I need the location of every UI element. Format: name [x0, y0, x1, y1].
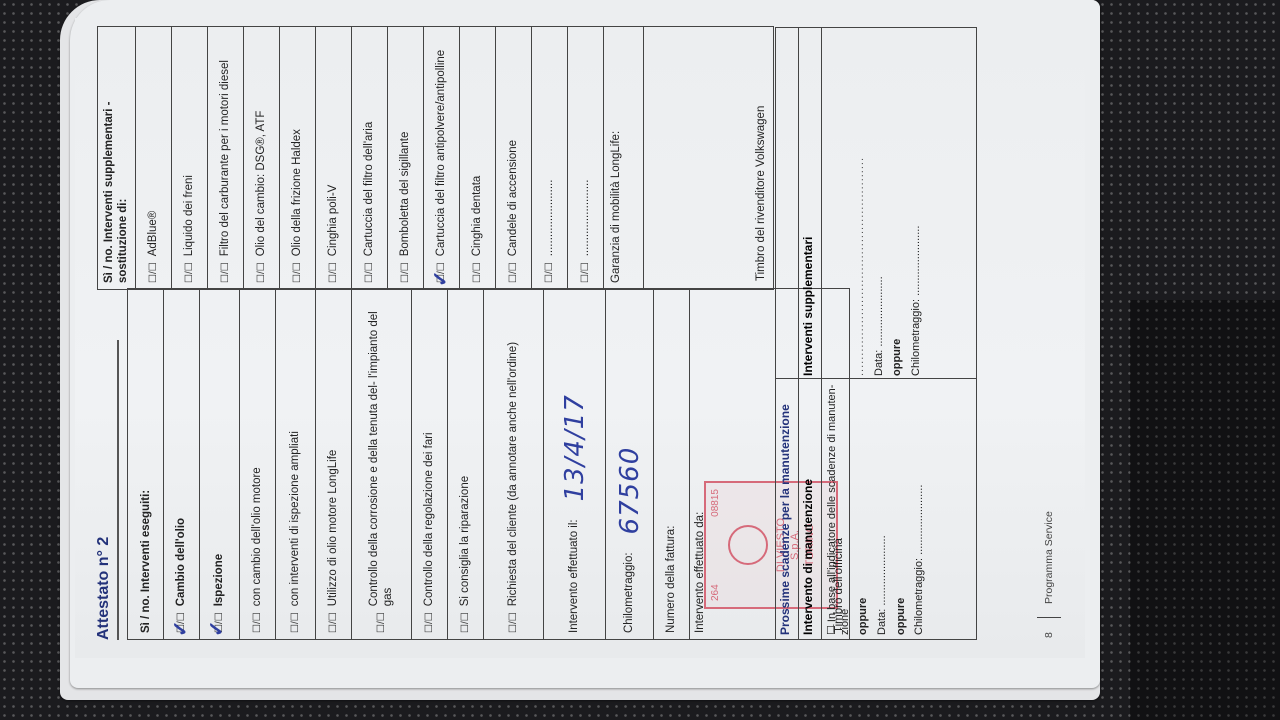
indicator-option-checkbox[interactable]: ☐ In base all'indicatore delle scadenze … [822, 379, 853, 639]
checklist-row: ☐/☐Cartuccia del filtro antipolvere/anti… [424, 27, 460, 289]
yes-no-checkbox[interactable]: ☐/☐ [148, 262, 159, 283]
yes-no-checkbox[interactable]: ☐/☐ [400, 262, 411, 283]
checklist-row: ☐/☐AdBlue® [136, 27, 172, 289]
mileage-label: Chilometraggio: [623, 552, 636, 633]
yes-no-checkbox[interactable]: ☐/☐ [290, 612, 301, 633]
checklist-label: AdBlue® [147, 211, 160, 257]
checklist-row: ☐/☐Candele di accensione [496, 27, 532, 289]
or-label: oppure [853, 379, 872, 639]
checklist-label: Controllo della regolazione dei fari [423, 432, 436, 606]
checklist-label: Cinghia poli-V [327, 185, 340, 257]
service-date-value[interactable]: 13/4/17 [560, 394, 590, 501]
yes-no-checkbox[interactable]: ☐/☐ [544, 262, 555, 283]
checklist-row: ☐/☐Olio del cambio: DSG®, ATF [244, 27, 280, 289]
or-label: oppure [887, 28, 906, 380]
supplementary-spacer [776, 28, 799, 380]
checklist-row: ☐/☐Bomboletta del sigillante [388, 27, 424, 289]
checklist-label: Olio della frizione Haldex [291, 129, 304, 256]
or-label: oppure [891, 379, 910, 639]
dealer-stamp-label: Timbro del rivenditore Volkswagen [755, 106, 767, 281]
yes-no-checkbox[interactable]: ☐/☐ [460, 612, 471, 633]
checklist-row: ☐/☐Filtro del carburante per i motori di… [208, 27, 244, 289]
checklist-label: ........................ [543, 180, 556, 257]
checklist-row: ☐/☐Controllo della corrosione e della te… [352, 289, 412, 639]
yes-no-checkbox[interactable]: ☐/☐ [220, 262, 231, 283]
maintenance-mileage-field[interactable]: Chilometraggio: ....................... [909, 379, 928, 639]
checklist-label: Cartuccia del filtro dell'aria [363, 122, 376, 257]
next-maintenance-section: Prossime scadenze per la manutenzione In… [775, 28, 975, 640]
checkmark-icon: ✓ [204, 620, 229, 637]
performed-services-header: Sì / no. Interventi eseguiti: [128, 289, 164, 639]
checklist-row: ☐/☐Utilizzo di olio motore LongLife [316, 289, 352, 639]
page-footer: 8 Programma Service [1033, 18, 1073, 658]
checklist-row: ☐/☐Cartuccia del filtro dell'aria [352, 27, 388, 289]
performed-services-table: Sì / no. Interventi eseguiti: ☐/☐Cambio … [127, 288, 850, 640]
yes-no-checkbox[interactable]: ☐/☐ [508, 612, 519, 633]
checklist-label: Cartuccia del filtro antipolvere/antipol… [435, 50, 448, 256]
checkmark-icon: ✓ [168, 620, 193, 637]
checklist-row: ☐/☐Si consiglia la riparazione [448, 289, 484, 639]
checklist-label: Cinghia dentata [471, 176, 484, 257]
page-number: 8 [1043, 632, 1055, 638]
vw-logo-icon [728, 525, 768, 565]
title-rule [117, 340, 119, 640]
checklist-row: ☐/☐Ispezione✓ [200, 289, 240, 639]
checklist-label: Utilizzo di olio motore LongLife [327, 450, 340, 607]
yes-no-checkbox[interactable]: ☐/☐ [328, 262, 339, 283]
checklist-label: ........................ [579, 180, 592, 257]
next-maintenance-title: Prossime scadenze per la manutenzione [776, 379, 799, 639]
supplementary-date-field[interactable]: Data: ....................... [869, 28, 888, 380]
checklist-label: con interventi di ispezione ampliati [289, 431, 302, 606]
supplementary-services-table: Sì / no. Interventi supplementari - sost… [97, 26, 774, 290]
yes-no-checkbox[interactable]: ☐/☐ [376, 612, 387, 633]
page-title: Attestato n° 2 [95, 537, 113, 640]
checklist-label: Ispezione [213, 554, 226, 606]
background-fabric-shadow [1130, 300, 1280, 720]
yes-no-checkbox[interactable]: ☐/☐ [184, 262, 195, 283]
checklist-label: Si consiglia la riparazione [459, 476, 472, 606]
supplementary-header: Interventi supplementari [799, 28, 822, 380]
footer-separator [1037, 617, 1061, 618]
yes-no-checkbox[interactable]: ☐/☐ [292, 262, 303, 283]
checklist-label: Olio del cambio: DSG®, ATF [255, 111, 268, 257]
checklist-row: ☐/☐Cinghia dentata [460, 27, 496, 289]
service-booklet-page: Attestato n° 2 Sì / no. Interventi esegu… [75, 18, 1085, 658]
yes-no-checkbox[interactable]: ☐/☐ [252, 612, 263, 633]
service-date-row: Intervento effettuato il: 13/4/17 [544, 289, 606, 639]
supplementary-mileage-field[interactable]: Chilometraggio: ....................... [906, 28, 925, 380]
supplementary-blank-field[interactable]: ........................................… [850, 28, 869, 380]
checklist-label: Controllo della corrosione e della tenut… [368, 295, 394, 606]
header-label: Sì / no. Interventi supplementari - sost… [103, 33, 129, 283]
invoice-row: Numero della fattura: [654, 289, 690, 639]
yes-no-checkbox[interactable]: ☐/☐ [424, 612, 435, 633]
yes-no-checkbox[interactable]: ☐/☐ [580, 262, 591, 283]
checkmark-icon: ✓ [428, 270, 453, 287]
stamp-code-left: 264 [710, 584, 721, 601]
checklist-label: Richiesta del cliente (da annotare anche… [507, 342, 520, 606]
checklist-label: Cambio dell'olio [175, 518, 188, 606]
checklist-row: ☐/☐........................ [568, 27, 604, 289]
supplementary-box: Interventi supplementari ...............… [775, 27, 977, 380]
yes-no-checkbox[interactable]: ☐/☐ [472, 262, 483, 283]
maintenance-header: Intervento di manutenzione [799, 379, 822, 639]
checklist-label: Candele di accensione [507, 140, 520, 256]
yes-no-checkbox[interactable]: ☐/☐ [508, 262, 519, 283]
checklist-row: ☐/☐con cambio dell'olio motore [240, 289, 276, 639]
maintenance-box: Prossime scadenze per la manutenzione In… [775, 378, 977, 640]
checklist-row: ☐/☐con interventi di ispezione ampliati [276, 289, 316, 639]
checklist-row: ☐/☐........................ [532, 27, 568, 289]
checklist-row: ☐/☐Cambio dell'olio✓ [164, 289, 200, 639]
checklist-row: ☐/☐Cinghia poli-V [316, 27, 352, 289]
checklist-label: Bomboletta del sigillante [399, 132, 412, 257]
yes-no-checkbox[interactable]: ☐/☐ [328, 612, 339, 633]
header-label: Sì / no. Interventi eseguiti: [140, 490, 152, 633]
stamp-code-right: 08815 [710, 489, 721, 517]
checklist-row: ☐/☐Olio della frizione Haldex [280, 27, 316, 289]
checklist-row: ☐/☐Controllo della regolazione dei fari [412, 289, 448, 639]
checklist-row: ☐/☐Richiesta del cliente (da annotare an… [484, 289, 544, 639]
invoice-label: Numero della fattura: [665, 526, 678, 633]
mileage-value[interactable]: 67560 [615, 447, 645, 535]
yes-no-checkbox[interactable]: ☐/☐ [364, 262, 375, 283]
checklist-label: con cambio dell'olio motore [251, 467, 264, 606]
checklist-label: Filtro del carburante per i motori diese… [219, 60, 232, 256]
mileage-row: Chilometraggio: 67560 [606, 289, 654, 639]
supplementary-services-header: Sì / no. Interventi supplementari - sost… [98, 27, 136, 289]
checklist-label: Liquido dei freni [183, 175, 196, 256]
longlife-row: Garanzia di mobilità LongLife: [604, 27, 644, 289]
service-date-label: Intervento effettuato il: [568, 519, 581, 633]
maintenance-date-field[interactable]: Data: ....................... [872, 379, 891, 639]
checklist-row: ☐/☐Liquido dei freni [172, 27, 208, 289]
footer-section-label: Programma Service [1043, 511, 1055, 604]
yes-no-checkbox[interactable]: ☐/☐ [256, 262, 267, 283]
longlife-label: Garanzia di mobilità LongLife: [610, 131, 623, 283]
dealer-stamp-area: Timbro del rivenditore Volkswagen [644, 27, 774, 289]
